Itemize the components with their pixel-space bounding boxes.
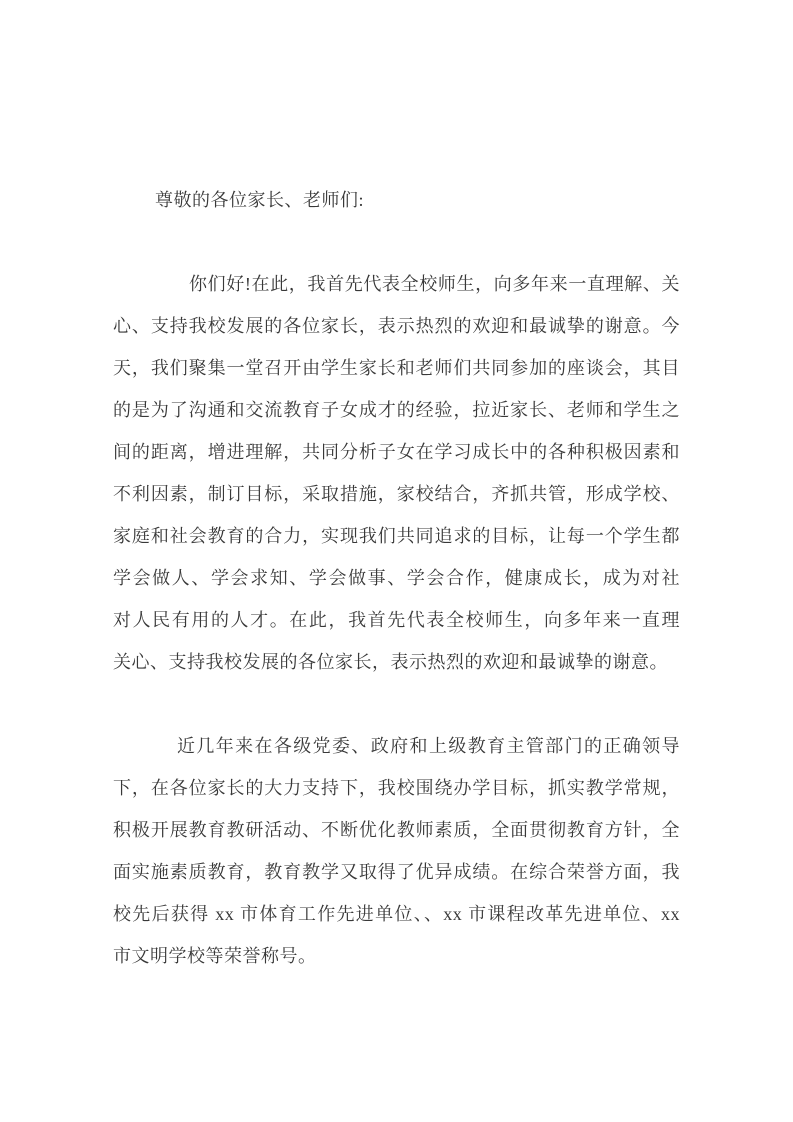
blank-line <box>113 683 680 725</box>
blank-line <box>113 221 680 263</box>
paragraph2-line: 校先后获得 xx 市体育工作先进单位、、xx 市课程改革先进单位、xx <box>113 893 680 935</box>
paragraph1-line: 你们好!在此，我首先代表全校师生，向多年来一直理解、关 <box>113 263 680 305</box>
paragraph1-line: 家庭和社会教育的合力，实现我们共同追求的目标，让每一个学生都 <box>113 515 680 557</box>
paragraph1-line: 间的距离，增进理解，共同分析子女在学习成长中的各种积极因素和 <box>113 431 680 473</box>
paragraph2-line: 下，在各位家长的大力支持下，我校围绕办学目标，抓实教学常规， <box>113 767 680 809</box>
paragraph1-line: 天，我们聚集一堂召开由学生家长和老师们共同参加的座谈会，其目 <box>113 347 680 389</box>
paragraph1-line: 心、支持我校发展的各位家长，表示热烈的欢迎和最诚挚的谢意。今 <box>113 305 680 347</box>
salutation-line: 尊敬的各位家长、老师们: <box>113 179 680 221</box>
paragraph1-line: 不利因素，制订目标，采取措施，家校结合，齐抓共管，形成学校、 <box>113 473 680 515</box>
paragraph2-line: 近几年来在各级党委、政府和上级教育主管部门的正确领导 <box>113 725 680 767</box>
paragraph2-line: 面实施素质教育，教育教学又取得了优异成绩。在综合荣誉方面，我 <box>113 851 680 893</box>
document-body: 尊敬的各位家长、老师们: 你们好!在此，我首先代表全校师生，向多年来一直理解、关… <box>113 179 680 977</box>
paragraph2-line: 市文明学校等荣誉称号。 <box>113 935 680 977</box>
paragraph2-line: 积极开展教育教研活动、不断优化教师素质，全面贯彻教育方针，全 <box>113 809 680 851</box>
paragraph1-line: 关心、支持我校发展的各位家长，表示热烈的欢迎和最诚挚的谢意。 <box>113 641 680 683</box>
document-page: 尊敬的各位家长、老师们: 你们好!在此，我首先代表全校师生，向多年来一直理解、关… <box>0 0 793 1122</box>
paragraph1-line: 的是为了沟通和交流教育子女成才的经验，拉近家长、老师和学生之 <box>113 389 680 431</box>
paragraph1-line: 学会做人、学会求知、学会做事、学会合作，健康成长，成为对社会、 <box>113 557 680 599</box>
paragraph1-line: 对人民有用的人才。在此，我首先代表全校师生，向多年来一直理解、 <box>113 599 680 641</box>
